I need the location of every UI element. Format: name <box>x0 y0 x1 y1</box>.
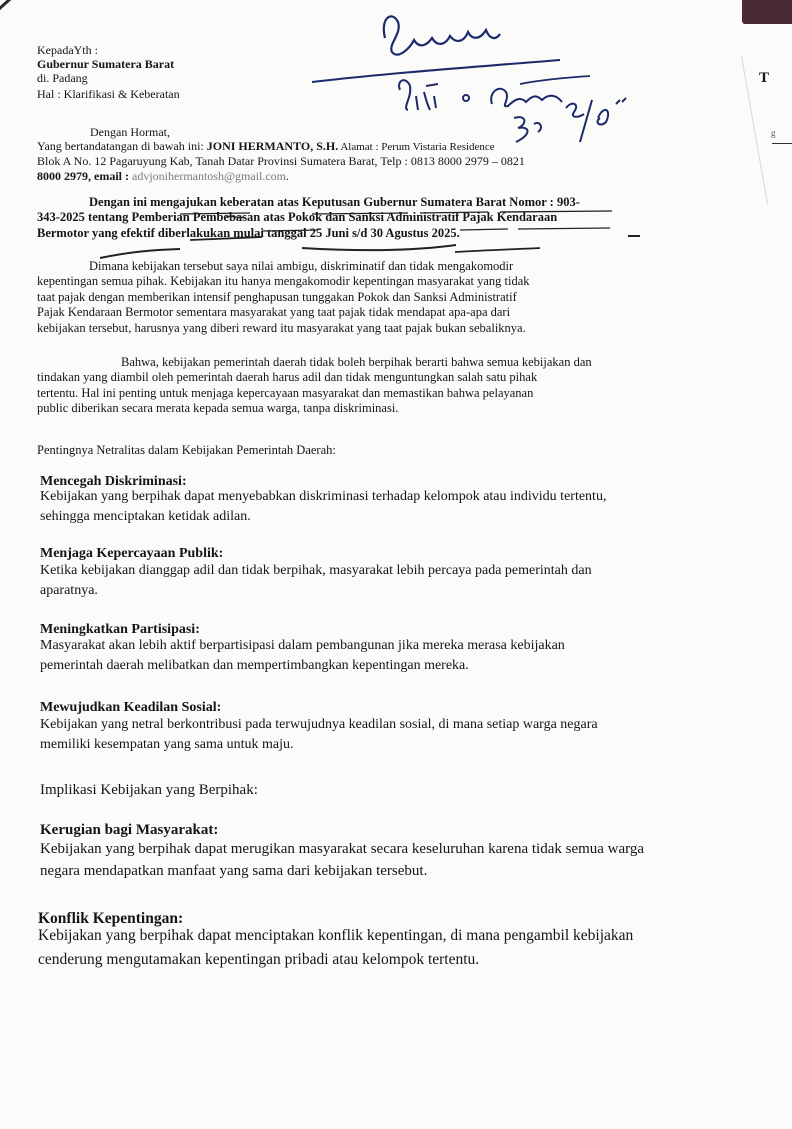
point-body: Kebijakan yang berpihak dapat menyebabka… <box>40 487 606 527</box>
paragraph-line: kepentingan semua pihak. Kebijakan itu h… <box>37 274 530 289</box>
point-line: pemerintah daerah melibatkan dan mempert… <box>40 656 565 676</box>
paragraph-line: Bahwa, kebijakan pemerintah daerah tidak… <box>37 355 592 370</box>
background-sheet-letter: T <box>759 70 769 87</box>
sender-address-start: Alamat : Perum Vistaria Residence <box>338 141 494 153</box>
sender-line-3: 8000 2979, email : advjonihermantosh@gma… <box>37 169 289 184</box>
point-body: Ketika kebijakan dianggap adil dan tidak… <box>40 561 592 601</box>
point-body: Masyarakat akan lebih aktif berpartisipa… <box>40 636 565 676</box>
sender-line-1: Yang bertandatangan di bawah ini: JONI H… <box>37 139 495 154</box>
point-title: Menjaga Kepercayaan Publik: <box>40 546 223 562</box>
point-line: Kebijakan yang berpihak dapat merugikan … <box>40 838 644 860</box>
neutrality-paragraph: Bahwa, kebijakan pemerintah daerah tidak… <box>37 355 592 417</box>
sender-phone-cont: 8000 2979, email : <box>37 169 132 183</box>
paragraph-line: taat pajak dengan memberikan intensif pe… <box>37 290 530 305</box>
point-line: Kebijakan yang berpihak dapat menciptaka… <box>38 924 633 948</box>
background-sheet-line <box>772 143 792 144</box>
point-line: memiliki kesempatan yang sama untuk maju… <box>40 735 598 755</box>
point-title: Mewujudkan Keadilan Sosial: <box>40 700 221 716</box>
recipient-salutation: KepadaYth : <box>37 44 98 57</box>
point-body: Kebijakan yang berpihak dapat merugikan … <box>40 838 644 882</box>
corner-pen-mark <box>0 0 47 15</box>
recipient-name: Gubernur Sumatera Barat <box>37 58 174 71</box>
point-line: aparatnya. <box>40 581 592 601</box>
paragraph-line: public diberikan secara merata kepada se… <box>37 401 592 416</box>
ambiguity-paragraph: Dimana kebijakan tersebut saya nilai amb… <box>37 259 530 336</box>
point-body: Kebijakan yang berpihak dapat menciptaka… <box>38 924 633 972</box>
sender-line-2: Blok A No. 12 Pagaruyung Kab, Tanah Data… <box>37 154 525 169</box>
background-sheet-letter: g <box>771 128 776 138</box>
paragraph-line: Pajak Kendaraan Bermotor sementara masya… <box>37 305 530 320</box>
sender-email-link[interactable]: advjonihermantosh@gmail.com <box>132 169 286 183</box>
letter-page: T g KepadaYth : Gubernur Sumatera Barat … <box>0 0 792 1129</box>
point-line: Masyarakat akan lebih aktif berpartisipa… <box>40 636 565 656</box>
implications-heading: Implikasi Kebijakan yang Berpihak: <box>40 780 258 800</box>
punctuation: . <box>286 169 289 183</box>
recipient-location: di. Padang <box>37 72 88 85</box>
point-line: Kebijakan yang berpihak dapat menyebabka… <box>40 487 606 507</box>
paragraph-line: tertentu. Hal ini penting untuk menjaga … <box>37 386 592 401</box>
paragraph-line: Dimana kebijakan tersebut saya nilai amb… <box>37 259 530 274</box>
greeting: Dengan Hormat, <box>90 125 170 140</box>
point-line: Ketika kebijakan dianggap adil dan tidak… <box>40 561 592 581</box>
point-body: Kebijakan yang netral berkontribusi pada… <box>40 715 598 755</box>
point-line: negara mendapatkan manfaat yang sama dar… <box>40 860 644 882</box>
sender-intro: Yang bertandatangan di bawah ini: <box>37 139 207 153</box>
paragraph-line: Bermotor yang efektif diberlakukan mulai… <box>37 226 580 241</box>
paragraph-line: tindakan yang diambil oleh pemerintah da… <box>37 370 592 385</box>
point-title: Kerugian bagi Masyarakat: <box>40 822 218 839</box>
paragraph-line: 343-2025 tentang Pemberian Pembebasan at… <box>37 210 580 225</box>
letter-subject: Hal : Klarifikasi & Keberatan <box>37 88 180 101</box>
paragraph-line: kebijakan tersebut, harusnya yang diberi… <box>37 321 530 336</box>
paragraph-line: Dengan ini mengajukan keberatan atas Kep… <box>37 195 580 210</box>
neutrality-heading: Pentingnya Netralitas dalam Kebijakan Pe… <box>37 443 336 458</box>
sender-name: JONI HERMANTO, S.H. <box>207 139 338 153</box>
point-line: sehingga menciptakan ketidak adilan. <box>40 507 606 527</box>
point-line: cenderung mengutamakan kepentingan priba… <box>38 948 633 972</box>
objection-paragraph: Dengan ini mengajukan keberatan atas Kep… <box>37 195 580 241</box>
background-folder-tab <box>742 0 792 24</box>
point-line: Kebijakan yang netral berkontribusi pada… <box>40 715 598 735</box>
